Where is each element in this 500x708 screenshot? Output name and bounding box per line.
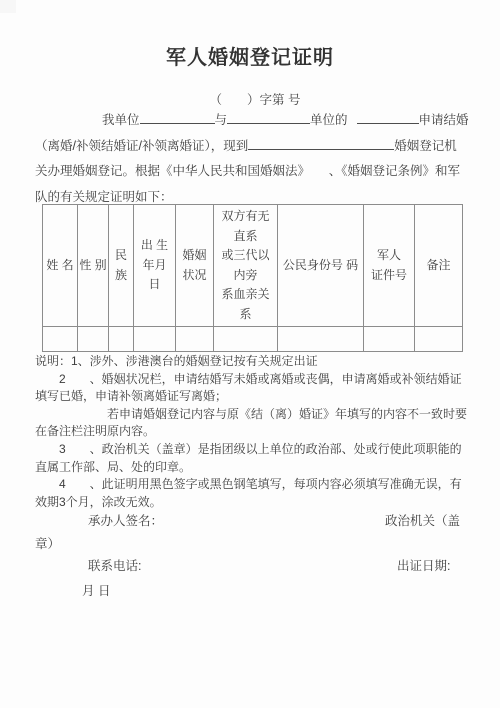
blank-registry-office — [248, 136, 394, 150]
blank-own-unit — [140, 110, 215, 124]
blank-partner-unit — [227, 110, 310, 124]
header-marital-status: 婚姻 状况 — [176, 205, 214, 327]
body-line-2: （离婚/补领结婚证/补领离婚证），现到婚姻登记机 — [35, 134, 488, 160]
cell-citizen-id — [278, 327, 364, 352]
note-line-8: 4 、此证明用黑色签字或黑色钢笔填写，每项内容必须填写准确无误，有 — [35, 476, 488, 494]
month-day-label: 月 日 — [82, 581, 110, 599]
header-birthdate: 出 生 年月 日 — [134, 205, 176, 327]
scanned-document: 军人婚姻登记证明 （ ）字第 号 我单位与单位的申请结婚 （离婚/补领结婚证/补… — [0, 0, 500, 708]
note-line-2: 2 、婚姻状况栏，申请结婚写未婚或离婚或丧偶，申请离婚或补领结婚证 — [35, 371, 488, 389]
document-number-line: （ ）字第 号 — [0, 90, 500, 108]
note-line-1: 说明：1、涉外、涉港澳台的婚姻登记按有关规定出证 — [35, 353, 488, 371]
header-military-id: 军人 证件号 — [364, 205, 415, 327]
notes-section: 说明：1、涉外、涉港澳台的婚姻登记按有关规定出证 2 、婚姻状况栏，申请结婚写未… — [35, 353, 488, 511]
blank-partner-name — [357, 110, 419, 124]
registration-table: 姓 名 性 别 民 族 出 生 年月 日 婚姻 状况 双方有无 直系 或三代以 … — [42, 204, 463, 352]
cell-remarks — [415, 327, 463, 352]
p1-text-with: 与 — [215, 113, 228, 127]
header-blood-relation: 双方有无 直系 或三代以 内旁 系血亲关 系 — [214, 205, 278, 327]
note-line-9: 效期3个月，涂改无效。 — [35, 494, 488, 512]
header-remarks: 备注 — [415, 205, 463, 327]
handler-signature-label: 承办人签名： — [88, 511, 163, 529]
p2-text-options: （离婚/补领结婚证/补领离婚证），现到 — [35, 139, 248, 153]
p2-text-registry: 婚姻登记机 — [394, 139, 457, 153]
cell-marital-status — [176, 327, 214, 352]
body-line-3: 关办理婚姻登记。根据《中华人民共和国婚姻法》 、《婚姻登记条例》和军 — [35, 159, 488, 185]
cell-birthdate — [134, 327, 176, 352]
note-line-3: 填写已婚，申请补领离婚证写离婚； — [35, 388, 488, 406]
note-line-5: 在备注栏注明原内容。 — [35, 423, 488, 441]
seal-label-wrapped-text: 章） — [35, 534, 60, 552]
cell-ethnicity — [109, 327, 134, 352]
cell-name — [43, 327, 78, 352]
cell-military-id — [364, 327, 415, 352]
header-citizen-id: 公民身份号 码 — [278, 205, 364, 327]
body-paragraph: 我单位与单位的申请结婚 （离婚/补领结婚证/补领离婚证），现到婚姻登记机 关办理… — [35, 108, 488, 210]
p1-text-apply-marriage: 申请结婚 — [419, 113, 469, 127]
body-line-1: 我单位与单位的申请结婚 — [35, 108, 488, 134]
scan-artifact — [0, 0, 16, 13]
document-title: 军人婚姻登记证明 — [0, 41, 500, 70]
political-organ-seal-label: 政治机关（盖 — [385, 511, 460, 529]
header-ethnicity: 民 族 — [109, 205, 134, 327]
header-name: 姓 名 — [43, 205, 78, 327]
p1-text-unit: 我单位 — [102, 113, 140, 127]
cell-blood-relation — [214, 327, 278, 352]
note-line-7: 直属工作部、局、处的印章。 — [35, 459, 488, 477]
header-gender: 性 别 — [78, 205, 109, 327]
issue-date-label: 出证日期: — [397, 556, 450, 574]
note-line-4: 若申请婚姻登记内容与原《结（离）婚证》年填写的内容不一致时要 — [35, 406, 488, 424]
contact-phone-label: 联系电话: — [88, 556, 141, 574]
note-line-6: 3 、政治机关（盖章）是指团级以上单位的政治部、处或行使此项职能的 — [35, 441, 488, 459]
cell-gender — [78, 327, 109, 352]
p1-text-unit-of: 单位的 — [310, 113, 348, 127]
